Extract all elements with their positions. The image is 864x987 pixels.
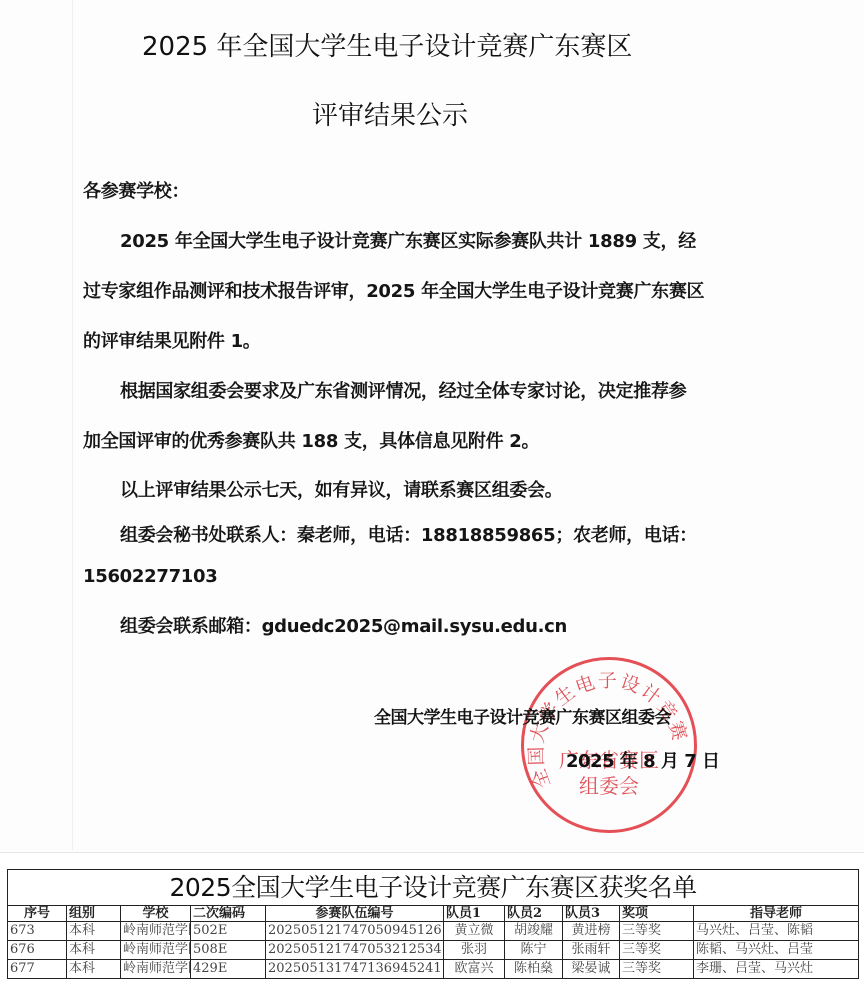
cell-seq: 673: [8, 922, 67, 941]
award-table: 2025全国大学生电子设计竞赛广东赛区获奖名单 序号 组别 学校 二次编码 参赛…: [7, 869, 859, 979]
cell-seq: 676: [8, 941, 67, 960]
header-cell: 学校: [121, 906, 191, 922]
cell-code: 429E: [191, 960, 266, 979]
cell-seq: 677: [8, 960, 67, 979]
cell-award: 三等奖: [620, 922, 694, 941]
header-cell: 指导老师: [694, 906, 859, 922]
cell-member2: 胡竣耀: [505, 922, 563, 941]
cell-team-id: 2025051317471369452​41: [266, 960, 444, 979]
header-cell: 序号: [8, 906, 67, 922]
header-cell: 队员1: [444, 906, 505, 922]
paragraph-line: 2025 年全国大学生电子设计竞赛广东赛区实际参赛队共计 1889 支，经: [120, 227, 696, 253]
cell-member1: 欧富兴: [444, 960, 505, 979]
salutation: 各参赛学校：: [83, 177, 189, 203]
seal-rim-icon: 全国大学生电子设计竞赛: [521, 657, 697, 833]
cell-member1: 黄立微: [444, 922, 505, 941]
signature: 全国大学生电子设计竞赛广东赛区组委会: [374, 703, 671, 728]
header-cell: 参赛队伍编号: [266, 906, 444, 922]
table-row: 673 本科 岭南师范学院 502E 20250512174705094512​…: [8, 922, 859, 941]
table-header-row: 序号 组别 学校 二次编码 参赛队伍编号 队员1 队员2 队员3 奖项 指导老师: [8, 906, 859, 922]
table-title: 2025全国大学生电子设计竞赛广东赛区获奖名单: [8, 870, 859, 906]
cell-team-id: 2025051217470532125​34: [266, 941, 444, 960]
paragraph-line: 以上评审结果公示七天，如有异议，请联系赛区组委会。: [120, 476, 563, 502]
cell-group: 本科: [67, 922, 121, 941]
cell-member1: 张羽: [444, 941, 505, 960]
cell-member3: 黄进榜: [563, 922, 620, 941]
cell-member2: 陈柏燊: [505, 960, 563, 979]
paragraph-line: 的评审结果见附件 1。: [83, 327, 261, 353]
cell-group: 本科: [67, 960, 121, 979]
contact-phone: 15602277103: [83, 566, 217, 587]
date: 2025 年 8 月 7 日: [566, 747, 719, 773]
paragraph-line: 过专家组作品测评和技术报告评审，2025 年全国大学生电子设计竞赛广东赛区: [83, 277, 704, 303]
notice-document: 2025 年全国大学生电子设计竞赛广东赛区 评审结果公示 各参赛学校： 2025…: [0, 0, 864, 852]
seal-center-text: 组委会: [524, 774, 694, 798]
header-cell: 队员2: [505, 906, 563, 922]
cell-school: 岭南师范学院: [121, 922, 191, 941]
notice-title: 2025 年全国大学生电子设计竞赛广东赛区: [142, 26, 632, 63]
cell-member2: 陈宁: [505, 941, 563, 960]
cell-member3: 张雨轩: [563, 941, 620, 960]
divider: [0, 852, 864, 853]
cell-advisors: 马兴灶、吕莹、陈韬: [694, 922, 859, 941]
header-cell: 组别: [67, 906, 121, 922]
paragraph-line: 根据国家组委会要求及广东省测评情况，经过全体专家讨论，决定推荐参: [120, 377, 686, 403]
notice-subtitle: 评审结果公示: [312, 95, 468, 132]
table-row: 676 本科 岭南师范学院 508E 2025051217470532125​3…: [8, 941, 859, 960]
cell-award: 三等奖: [620, 960, 694, 979]
cell-code: 508E: [191, 941, 266, 960]
cell-group: 本科: [67, 941, 121, 960]
cell-advisors: 李珊、吕莹、马兴灶: [694, 960, 859, 979]
cell-team-id: 20250512174705094512​6: [266, 922, 444, 941]
contact-line: 组委会秘书处联系人：秦老师，电话：18818859865；农老师，电话：: [120, 521, 697, 547]
table-row: 677 本科 岭南师范学院 429E 2025051317471369452​4…: [8, 960, 859, 979]
cell-school: 岭南师范学院: [121, 960, 191, 979]
scan-edge: [72, 0, 73, 850]
cell-member3: 梁晏诚: [563, 960, 620, 979]
header-cell: 二次编码: [191, 906, 266, 922]
paragraph-line: 加全国评审的优秀参赛队共 188 支，具体信息见附件 2。: [83, 427, 539, 453]
cell-advisors: 陈韬、马兴灶、吕莹: [694, 941, 859, 960]
official-seal: 全国大学生电子设计竞赛 广东省赛区 组委会: [521, 657, 697, 833]
cell-code: 502E: [191, 922, 266, 941]
header-cell: 奖项: [620, 906, 694, 922]
header-cell: 队员3: [563, 906, 620, 922]
cell-school: 岭南师范学院: [121, 941, 191, 960]
contact-email: 组委会联系邮箱：gduedc2025@mail.sysu.edu.cn: [120, 612, 567, 638]
cell-award: 三等奖: [620, 941, 694, 960]
